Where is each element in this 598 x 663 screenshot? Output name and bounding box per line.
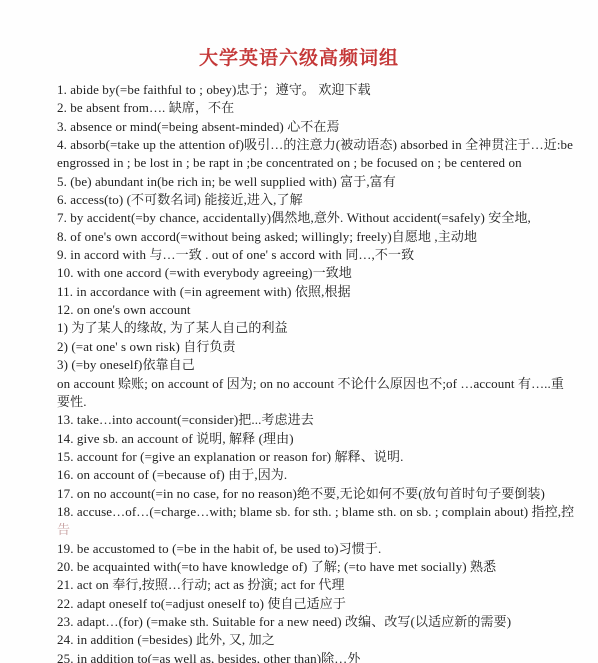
phrase-line: 11. in accordance with (=in agreement wi… [57,283,568,301]
phrase-line: 18. accuse…of…(=charge…with; blame sb. f… [57,503,568,521]
phrase-line: 4. absorb(=take up the attention of)吸引…的… [57,136,568,154]
phrase-line: 20. be acquainted with(=to have knowledg… [57,558,568,576]
phrase-line: 10. with one accord (=with everybody agr… [57,264,568,282]
phrase-line: 23. adapt…(for) (=make sth. Suitable for… [57,613,568,631]
phrase-line: 21. act on 奉行,按照…行动; act as 扮演; act for … [57,576,568,594]
phrase-line: on account 赊账; on account of 因为; on no a… [57,375,568,393]
phrase-line: 14. give sb. an account of 说明, 解释 (理由) [57,430,568,448]
phrase-list: 1. abide by(=be faithful to ; obey)忠于；遵守… [57,81,568,663]
phrase-line: 2) (=at one' s own risk) 自行负责 [57,338,568,356]
phrase-line: 5. (be) abundant in(be rich in; be well … [57,173,568,191]
phrase-line: 13. take…into account(=consider)把...考虑进去 [57,411,568,429]
phrase-line: 16. on account of (=because of) 由于,因为. [57,466,568,484]
phrase-line: 9. in accord with 与…一致 . out of one' s a… [57,246,568,264]
phrase-line: 告 [57,521,568,539]
document-page: 大学英语六级高频词组 1. abide by(=be faithful to ;… [0,0,598,663]
phrase-line: 1) 为了某人的缘故, 为了某人自己的利益 [57,319,568,337]
phrase-line: engrossed in ; be lost in ; be rapt in ;… [57,154,568,172]
phrase-line: 22. adapt oneself to(=adjust oneself to)… [57,595,568,613]
phrase-line: 要性. [57,393,568,411]
phrase-line: 2. be absent from…. 缺席，不在 [57,99,568,117]
phrase-line: 8. of one's own accord(=without being as… [57,228,568,246]
phrase-line: 1. abide by(=be faithful to ; obey)忠于；遵守… [57,81,568,99]
phrase-line: 12. on one's own account [57,301,568,319]
phrase-line: 6. access(to) (不可数名词) 能接近,进入,了解 [57,191,568,209]
phrase-line: 3) (=by oneself)依靠自己 [57,356,568,374]
phrase-line: 17. on no account(=in no case, for no re… [57,485,568,503]
phrase-line: 25. in addition to(=as well as, besides,… [57,650,568,663]
phrase-line: 19. be accustomed to (=be in the habit o… [57,540,568,558]
phrase-line: 24. in addition (=besides) 此外, 又, 加之 [57,631,568,649]
phrase-line: 3. absence or mind(=being absent-minded)… [57,118,568,136]
page-title: 大学英语六级高频词组 [0,43,598,70]
phrase-line: 15. account for (=give an explanation or… [57,448,568,466]
phrase-line: 7. by accident(=by chance, accidentally)… [57,209,568,227]
